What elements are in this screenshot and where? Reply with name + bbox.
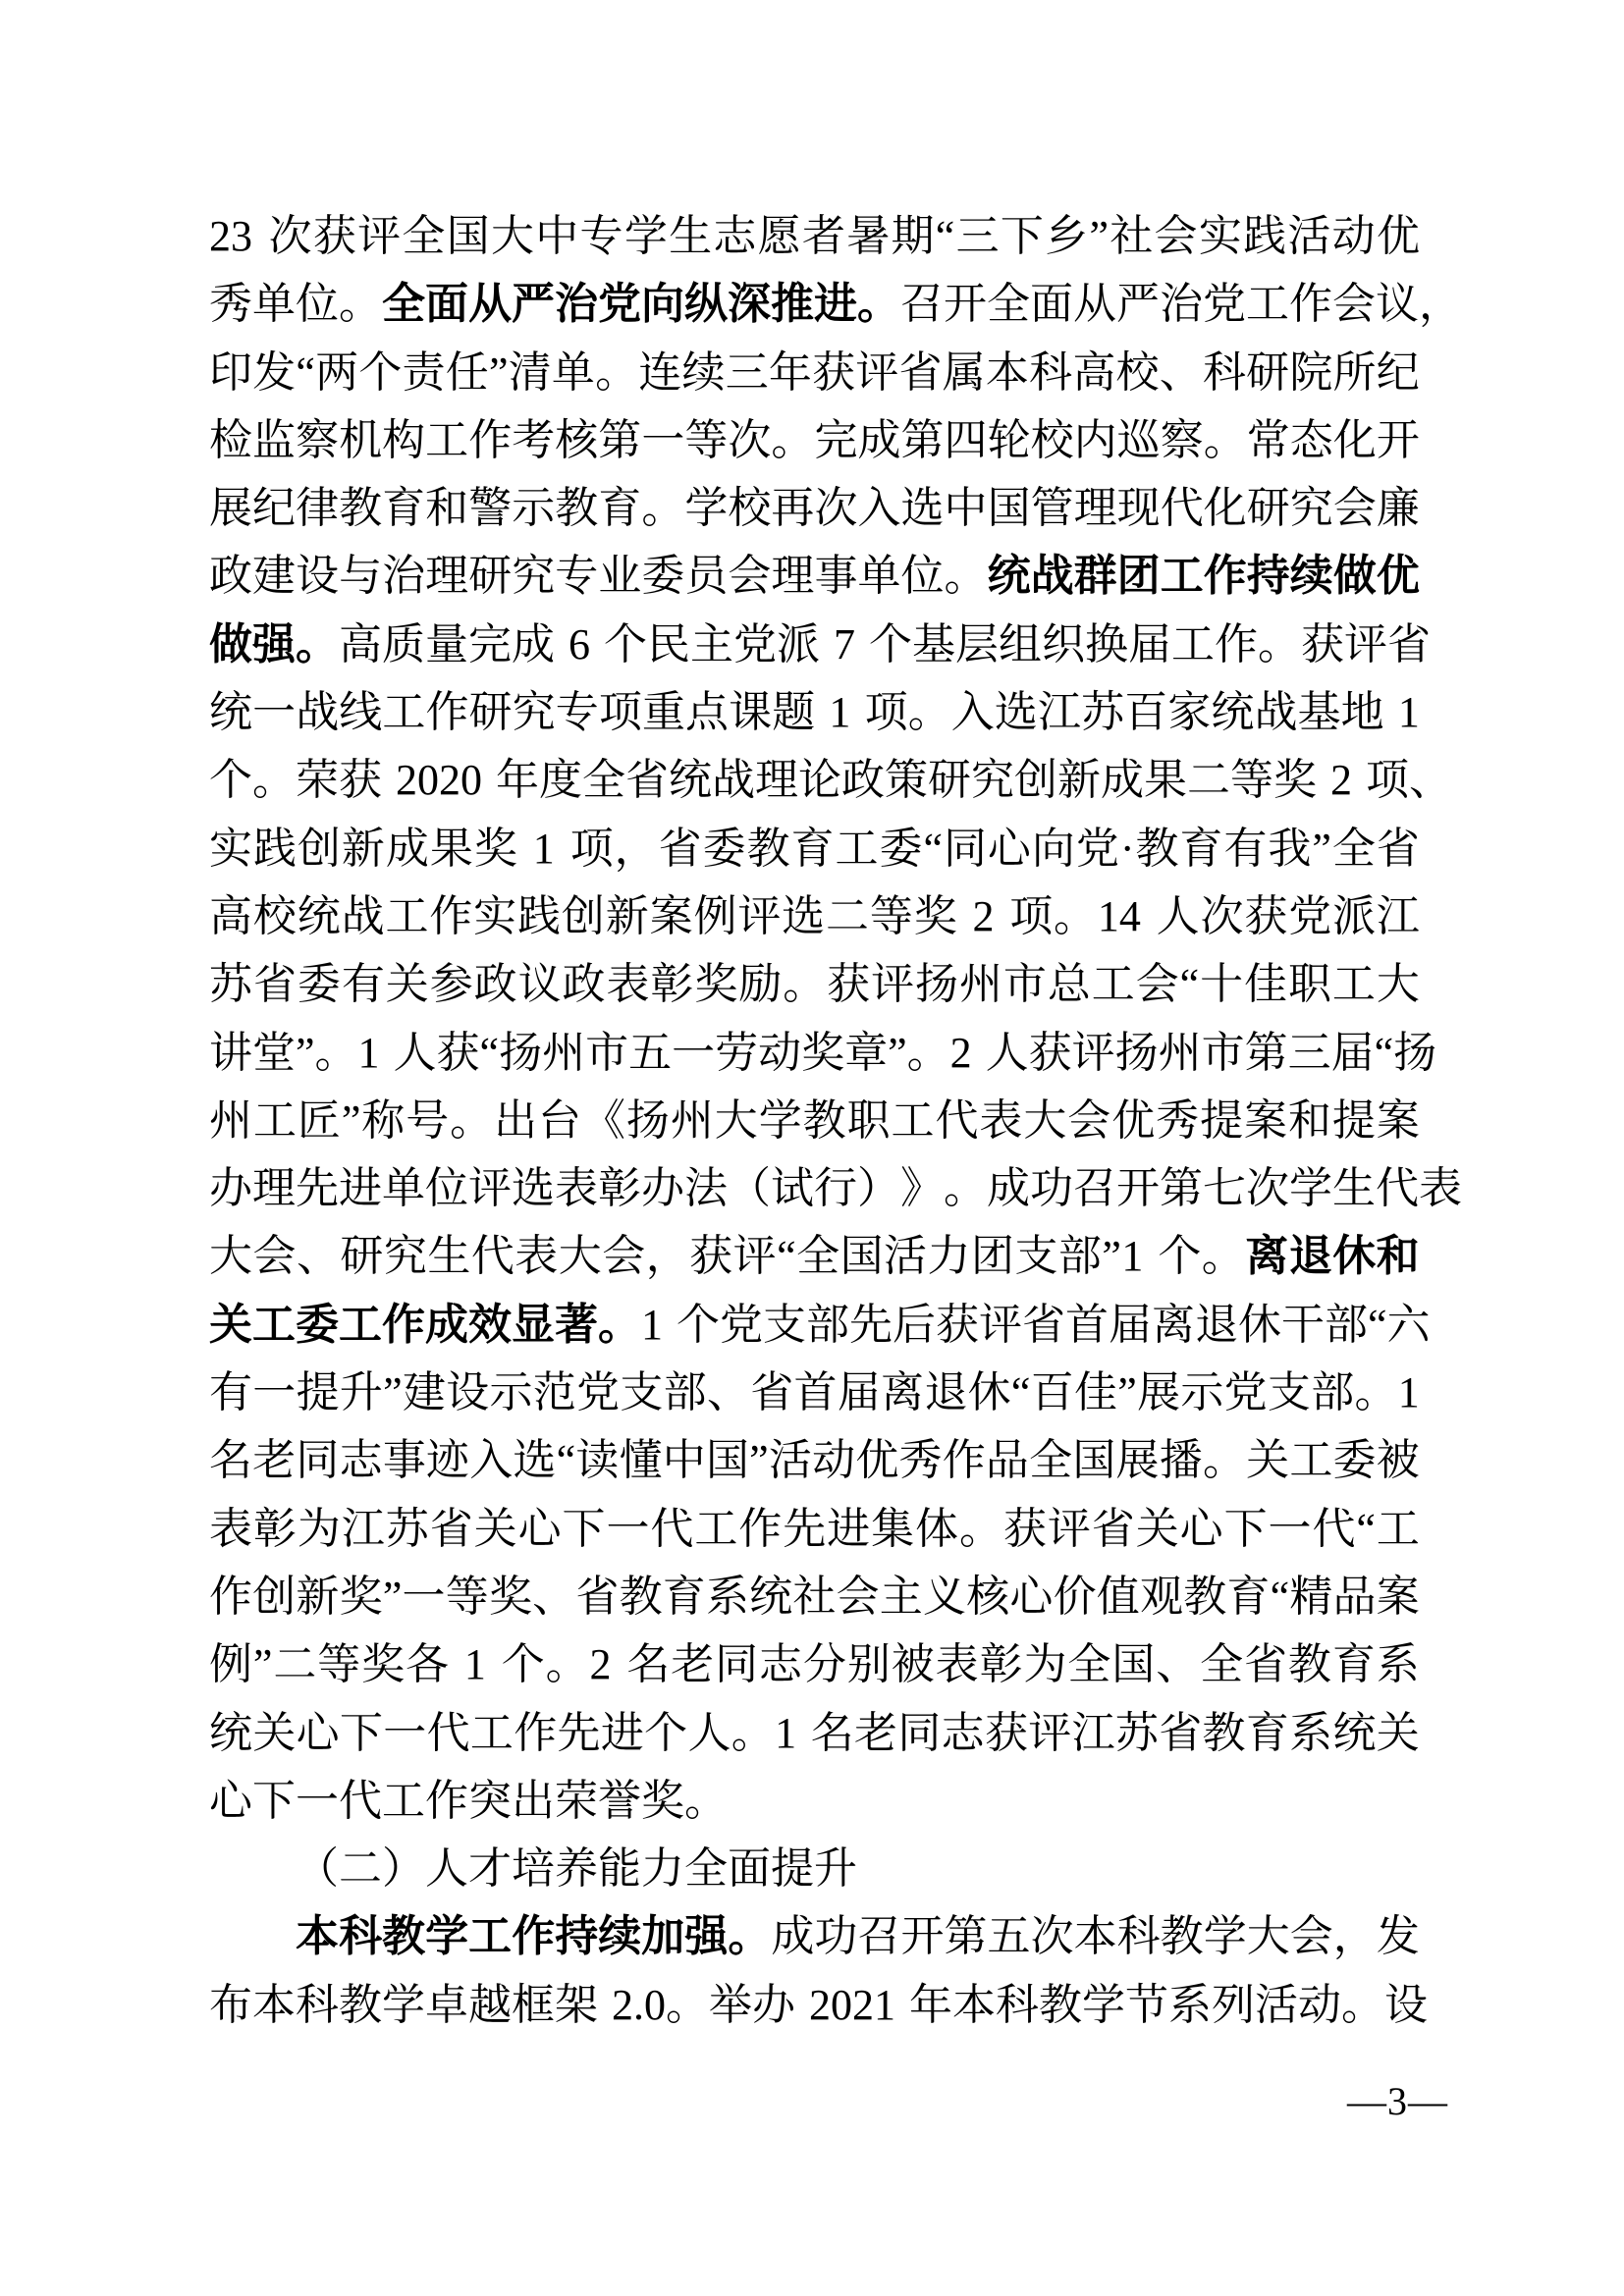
- body-text: 人: [394, 1019, 437, 1087]
- body-text: 入: [469, 1426, 513, 1494]
- body-text: 价: [1054, 1563, 1097, 1630]
- body-text: 会: [1333, 474, 1377, 542]
- bold-text: 全: [382, 270, 425, 338]
- body-text: “: [936, 202, 955, 270]
- body-text: 展: [1116, 1426, 1160, 1494]
- body-text: ”: [1117, 1359, 1137, 1426]
- body-text: 关: [1136, 1495, 1179, 1563]
- body-text: 总: [1048, 950, 1091, 1018]
- body-text: 江: [1072, 1699, 1115, 1767]
- text-line-10: 实践创新成果奖1项，省委教育工委“同心向党·教育有我”全省: [209, 815, 1420, 882]
- body-text: 工: [425, 406, 468, 474]
- body-text: 委: [298, 950, 341, 1018]
- body-text: 部: [664, 1359, 707, 1426]
- body-text: 6: [568, 611, 590, 678]
- body-text: 。: [944, 1154, 987, 1222]
- body-text: 工: [470, 1699, 514, 1767]
- body-text: 次: [728, 406, 771, 474]
- body-text: 派: [1332, 882, 1376, 950]
- body-text: 从: [1073, 270, 1116, 338]
- body-text: 州: [671, 1087, 714, 1154]
- body-text: 位: [425, 1154, 468, 1222]
- bold-text: 持: [555, 1902, 598, 1970]
- text-line-5: 展纪律教育和警示教育。学校再次入选中国管理现代化研究会廉: [209, 474, 1420, 542]
- body-text: 六: [1387, 1291, 1431, 1359]
- bold-text: 作: [512, 1902, 555, 1970]
- body-text: ”: [1089, 202, 1109, 270]
- body-text: 布: [209, 1971, 252, 2039]
- body-text: ，: [615, 815, 658, 882]
- body-text: 支: [763, 1291, 806, 1359]
- body-text: 获: [1003, 1495, 1047, 1563]
- body-text: 办: [209, 1154, 252, 1222]
- body-text: 下: [340, 1699, 383, 1767]
- body-text: 员: [684, 542, 728, 610]
- body-text: 家: [1167, 678, 1211, 746]
- bold-text: 持: [1247, 542, 1290, 610]
- body-text: 期: [892, 202, 935, 270]
- body-text: 举: [709, 1971, 752, 2039]
- body-text: 荣: [296, 746, 339, 814]
- body-text: 作: [429, 882, 472, 950]
- bold-text: 向: [641, 270, 684, 338]
- body-text: 奖: [340, 1563, 383, 1630]
- body-text: 次: [1246, 1154, 1289, 1222]
- body-text: 14: [1098, 882, 1141, 950]
- body-text: 下: [252, 1767, 296, 1835]
- bold-text: 续: [1290, 542, 1333, 610]
- body-text: 印: [209, 339, 252, 406]
- text-line-7: 做强。高质量完成6个民主党派7个基层组织换届工作。获评省: [209, 611, 1420, 678]
- body-text: 学: [624, 202, 668, 270]
- body-text: 代: [471, 1222, 514, 1290]
- body-text: 议: [1376, 270, 1419, 338]
- body-text: 观: [1140, 1563, 1183, 1630]
- body-text: 教: [747, 815, 790, 882]
- body-text: 励: [738, 950, 782, 1018]
- body-text: 扬: [1393, 1019, 1436, 1087]
- bold-text: 做: [209, 611, 252, 678]
- body-text: 。: [731, 1699, 775, 1767]
- bold-text: 群: [1074, 542, 1117, 610]
- body-text: 国: [706, 1426, 749, 1494]
- body-text: “: [1271, 1563, 1290, 1630]
- body-text: 成: [386, 815, 429, 882]
- body-text: 会: [1332, 270, 1376, 338]
- body-text: 列: [1212, 1971, 1255, 2039]
- section-heading: （二）人才培养能力全面提升: [209, 1835, 1420, 1902]
- body-text: 全: [987, 270, 1030, 338]
- body-text: 次: [1200, 882, 1243, 950]
- body-text: 年: [496, 746, 539, 814]
- body-text: 统: [1211, 678, 1254, 746]
- body-text: 生: [669, 202, 712, 270]
- body-text: 一: [252, 678, 296, 746]
- body-text: 例: [693, 882, 736, 950]
- body-text: 党: [1203, 270, 1246, 338]
- body-text: 校: [1031, 406, 1074, 474]
- bold-text: 工: [468, 1902, 512, 1970]
- body-text: 江: [342, 1495, 385, 1563]
- body-text: 和: [425, 474, 468, 542]
- body-text: 动: [1298, 1971, 1341, 2039]
- body-text: 动: [812, 1426, 855, 1494]
- body-text: 养: [555, 1835, 598, 1902]
- text-line-4: 检监察机构工作考核第一等次。完成第四轮校内巡察。常态化开: [209, 406, 1420, 474]
- body-text: 代: [650, 1495, 693, 1563]
- bold-text: 进: [814, 270, 857, 338]
- body-text: 堂: [252, 1019, 296, 1087]
- body-text: 州: [959, 950, 1002, 1018]
- body-text: 休: [968, 1359, 1011, 1426]
- body-text: 、: [707, 1359, 750, 1426]
- body-text: 作: [738, 1495, 782, 1563]
- body-text: “: [480, 1019, 500, 1087]
- body-text: 社: [1110, 202, 1153, 270]
- body-text: 功: [1030, 1154, 1073, 1222]
- body-text: 23: [209, 202, 252, 270]
- bold-text: 面: [425, 270, 468, 338]
- body-text: 彰: [650, 950, 693, 1018]
- text-line-18: 有一提升”建设示范党支部、省首届离退休“百佳”展示党支部。1: [209, 1359, 1420, 1426]
- body-text: 支: [1268, 1359, 1311, 1426]
- body-text: 党: [576, 1359, 620, 1426]
- body-text: 全: [1332, 815, 1376, 882]
- body-text: 秀: [899, 1426, 943, 1494]
- body-text: 全: [1067, 1630, 1110, 1698]
- body-text: 关: [1246, 1426, 1289, 1494]
- body-text: 市: [1202, 1019, 1245, 1087]
- bold-text: 推: [771, 270, 814, 338]
- body-text: 五: [628, 1019, 672, 1087]
- body-text: 三: [1288, 1019, 1331, 1087]
- body-text: 愿: [758, 202, 801, 270]
- body-text: 项: [1009, 882, 1053, 950]
- body-text: 奖: [694, 950, 737, 1018]
- body-text: 、: [532, 1563, 575, 1630]
- body-text: 百: [1124, 678, 1167, 746]
- body-text: 百: [1031, 1359, 1074, 1426]
- bold-text: 工: [252, 1291, 296, 1359]
- body-text: 开: [944, 270, 987, 338]
- body-text: 各: [406, 1630, 449, 1698]
- body-text: 工: [1289, 1426, 1332, 1494]
- bold-text: 作: [382, 1291, 425, 1359]
- body-text: 工: [694, 1495, 737, 1563]
- body-text: 获: [689, 1222, 732, 1290]
- body-text: 生: [427, 1222, 470, 1290]
- body-text: 研: [928, 746, 971, 814]
- bold-text: 休: [1332, 1222, 1376, 1290]
- body-text: 奖: [914, 882, 957, 950]
- body-text: 志: [759, 1630, 802, 1698]
- body-text: 本: [1074, 1902, 1117, 1970]
- body-text: 属: [943, 339, 986, 406]
- body-text: 评: [871, 950, 914, 1018]
- body-text: 休: [1238, 1291, 1281, 1359]
- body-text: 1: [464, 1630, 486, 1698]
- body-text: 表: [555, 1154, 598, 1222]
- body-text: 果: [430, 815, 473, 882]
- body-text: 作: [1215, 611, 1258, 678]
- body-text: 评: [357, 202, 401, 270]
- body-text: 佳: [1074, 1359, 1117, 1426]
- body-text: 同: [897, 1699, 941, 1767]
- body-text: 等: [684, 406, 728, 474]
- body-text: 践: [1243, 202, 1286, 270]
- body-text: 彰: [253, 1495, 297, 1563]
- body-text: 化: [1204, 474, 1247, 542]
- body-text: 面: [728, 1835, 771, 1902]
- body-text: 集: [871, 1495, 914, 1563]
- bold-text: 从: [468, 270, 512, 338]
- body-text: 。: [1203, 1426, 1246, 1494]
- body-text: 动: [1332, 202, 1376, 270]
- body-text: 大: [209, 1222, 252, 1290]
- body-text: 作: [425, 1767, 468, 1835]
- body-text: 出: [494, 1087, 537, 1154]
- body-text: 所: [1333, 339, 1377, 406]
- body-text: 态: [1290, 406, 1333, 474]
- body-text: 量: [425, 611, 468, 678]
- body-text: 教: [1161, 1902, 1204, 1970]
- body-text: 和: [1288, 1087, 1331, 1154]
- body-text: 获: [985, 1699, 1028, 1767]
- body-text: 心: [297, 1699, 340, 1767]
- body-text: 优: [855, 1426, 898, 1494]
- body-text: 育: [791, 815, 835, 882]
- body-text: 校: [728, 474, 771, 542]
- body-text: 策: [885, 746, 928, 814]
- bold-text: 纵: [684, 270, 728, 338]
- body-text: 年: [909, 1971, 952, 2039]
- body-text: 省: [1092, 1495, 1135, 1563]
- body-text: 作: [514, 1699, 557, 1767]
- body-text: 迹: [426, 1426, 469, 1494]
- body-text: 项: [599, 678, 642, 746]
- body-text: 战: [296, 678, 339, 746]
- body-text: ，: [1333, 1902, 1377, 1970]
- body-text: 读: [575, 1426, 619, 1494]
- body-text: 作: [209, 1563, 252, 1630]
- body-text: 统: [298, 882, 341, 950]
- body-text: 大: [715, 1087, 758, 1154]
- body-text: 开: [900, 1902, 944, 1970]
- body-text: 省: [1244, 1630, 1287, 1698]
- body-text: 校: [1116, 339, 1160, 406]
- body-text: “: [1356, 1495, 1376, 1563]
- body-text: 事: [383, 1426, 426, 1494]
- body-text: 国: [840, 1222, 884, 1290]
- body-text: 个: [1158, 1222, 1201, 1290]
- body-text: 本: [952, 1971, 996, 2039]
- body-text: 职: [847, 1087, 891, 1154]
- body-text: “: [1180, 950, 1200, 1018]
- body-text: 三: [956, 202, 1000, 270]
- body-text: 统: [209, 1699, 252, 1767]
- body-text: 学: [1204, 1902, 1247, 1970]
- body-text: 科: [1117, 1902, 1161, 1970]
- document-page: 23次获评全国大中专学生志愿者暑期“三下乡”社会实践活动优秀单位。全面从严治党向…: [0, 0, 1624, 2296]
- body-text: 任: [446, 339, 489, 406]
- body-text: 表: [979, 1087, 1022, 1154]
- body-text: 工: [1377, 1495, 1420, 1563]
- body-text: 称: [361, 1087, 405, 1154]
- body-text: 。: [1258, 611, 1301, 678]
- body-text: 政: [474, 950, 517, 1018]
- body-text: 人: [1157, 882, 1200, 950]
- body-text: 下: [1224, 1495, 1268, 1563]
- body-text: 省: [750, 1359, 793, 1426]
- body-text: 第: [598, 406, 641, 474]
- body-text: 评: [1072, 1019, 1115, 1087]
- body-text: 实: [1199, 202, 1242, 270]
- body-text: 严: [1116, 270, 1160, 338]
- body-text: 。: [1341, 1971, 1384, 2039]
- body-text: 个: [604, 611, 647, 678]
- body-text: 科: [1203, 339, 1246, 406]
- bold-text: 。: [598, 1291, 641, 1359]
- body-text: 成: [1101, 746, 1144, 814]
- body-text: 社: [792, 1563, 836, 1630]
- body-text: 党: [1288, 882, 1331, 950]
- body-text: 进: [827, 1495, 870, 1563]
- body-text: 彰: [598, 1154, 641, 1222]
- body-text: 全: [1029, 1426, 1072, 1494]
- body-text: ”: [1312, 815, 1331, 882]
- body-text: 省: [1387, 611, 1431, 678]
- body-text: 题: [772, 678, 815, 746]
- body-text: 教: [1039, 1971, 1082, 2039]
- body-text: 个: [644, 1699, 687, 1767]
- body-text: 课: [729, 678, 772, 746]
- body-text: 表: [606, 950, 649, 1018]
- body-text: 一: [403, 1563, 446, 1630]
- body-text: 地: [1341, 678, 1384, 746]
- body-text: 部: [806, 1291, 849, 1359]
- body-text: 战: [1254, 678, 1297, 746]
- body-text: 届: [1109, 1291, 1152, 1359]
- body-text: 创: [252, 1563, 296, 1630]
- body-text: 获: [1029, 1019, 1072, 1087]
- body-text: 范: [533, 1359, 576, 1426]
- body-text: 誉: [598, 1767, 641, 1835]
- body-text: 层: [955, 611, 999, 678]
- body-text: 召: [900, 270, 944, 338]
- body-text: 再: [771, 474, 814, 542]
- body-text: 节: [1125, 1971, 1168, 2039]
- body-text: 新: [606, 882, 649, 950]
- body-text: 选: [512, 1154, 555, 1222]
- body-text: ）: [857, 1154, 900, 1222]
- body-text: 创: [298, 815, 341, 882]
- body-text: 获: [313, 202, 356, 270]
- body-text: 。: [1054, 882, 1097, 950]
- text-line-3: 印发“两个责任”清单。连续三年获评省属本科高校、科研院所纪: [209, 339, 1420, 406]
- body-text: 离: [881, 1359, 924, 1426]
- body-text: 先: [783, 1495, 826, 1563]
- body-text: 。: [315, 1019, 358, 1087]
- text-line-19: 名老同志事迹入选“读懂中国”活动优秀作品全国展播。关工委被: [209, 1426, 1420, 1494]
- body-text: 。: [684, 1767, 728, 1835]
- body-text: 作: [943, 1426, 986, 1494]
- body-text: ”: [489, 339, 509, 406]
- body-text: 评: [1028, 1699, 1071, 1767]
- body-text: ”: [749, 1426, 769, 1494]
- body-text: 常: [1247, 406, 1290, 474]
- body-text: 干: [1281, 1291, 1325, 1359]
- body-text: 会: [252, 1222, 296, 1290]
- body-text: 办: [752, 1971, 795, 2039]
- body-text: 统: [209, 678, 252, 746]
- body-text: 会: [1136, 950, 1179, 1018]
- body-text: 二: [1187, 746, 1230, 814]
- body-text: 1: [1398, 678, 1420, 746]
- body-text: 框: [512, 1971, 555, 2039]
- body-text: 面: [1030, 270, 1073, 338]
- body-text: “: [557, 1426, 576, 1494]
- body-text: 提: [1332, 1087, 1376, 1154]
- bold-text: 委: [296, 1291, 339, 1359]
- body-text: 进: [339, 1154, 382, 1222]
- body-text: 践: [517, 882, 561, 950]
- body-text: 办: [641, 1154, 684, 1222]
- body-text: 系: [1168, 1971, 1212, 2039]
- body-text: 一: [296, 1767, 339, 1835]
- body-text: 委: [641, 542, 684, 610]
- body-text: 理: [755, 746, 798, 814]
- body-text: 学: [1289, 1154, 1332, 1222]
- body-text: 1: [775, 1699, 796, 1767]
- body-text: 与: [339, 542, 382, 610]
- body-text: 我: [1268, 815, 1311, 882]
- body-text: 部: [1058, 1222, 1102, 1290]
- body-text: 次: [1031, 1902, 1074, 1970]
- text-line-14: 州工匠”称号。出台《扬州大学教职工代表大会优秀提案和提案: [209, 1087, 1420, 1154]
- body-text: 本: [252, 1971, 296, 2039]
- body-text: 一: [383, 1699, 426, 1767]
- body-text: 三: [726, 339, 769, 406]
- body-text: 究: [513, 678, 556, 746]
- body-text: 。: [1354, 1359, 1397, 1426]
- body-text: 一: [252, 1359, 296, 1426]
- body-text: 育: [1246, 1699, 1289, 1767]
- body-text: 专: [555, 542, 598, 610]
- body-text: 会: [602, 1222, 645, 1290]
- body-text: 党: [720, 1291, 763, 1359]
- body-text: 获: [812, 339, 855, 406]
- body-text: 佳: [1244, 950, 1287, 1018]
- body-text: 完: [468, 611, 512, 678]
- body-text: 次: [814, 474, 857, 542]
- body-text: 秀: [1156, 1087, 1199, 1154]
- body-text: 研: [1247, 474, 1290, 542]
- body-text: 品: [986, 1426, 1029, 1494]
- body-text: 表: [209, 1495, 252, 1563]
- body-text: 理: [771, 542, 814, 610]
- body-text: 统: [1332, 1699, 1376, 1767]
- body-text: 院: [1289, 339, 1332, 406]
- body-text: 老: [671, 1630, 714, 1698]
- body-text: 懂: [620, 1426, 663, 1494]
- body-text: 中: [663, 1426, 706, 1494]
- body-text: 系: [1377, 1630, 1420, 1698]
- body-text: 首: [1065, 1291, 1109, 1359]
- body-text: 表: [1419, 1154, 1462, 1222]
- body-text: 政: [841, 746, 885, 814]
- body-text: 2: [950, 1019, 972, 1087]
- document-body: 23次获评全国大中专学生志愿者暑期“三下乡”社会实践活动优秀单位。全面从严治党向…: [209, 202, 1420, 2039]
